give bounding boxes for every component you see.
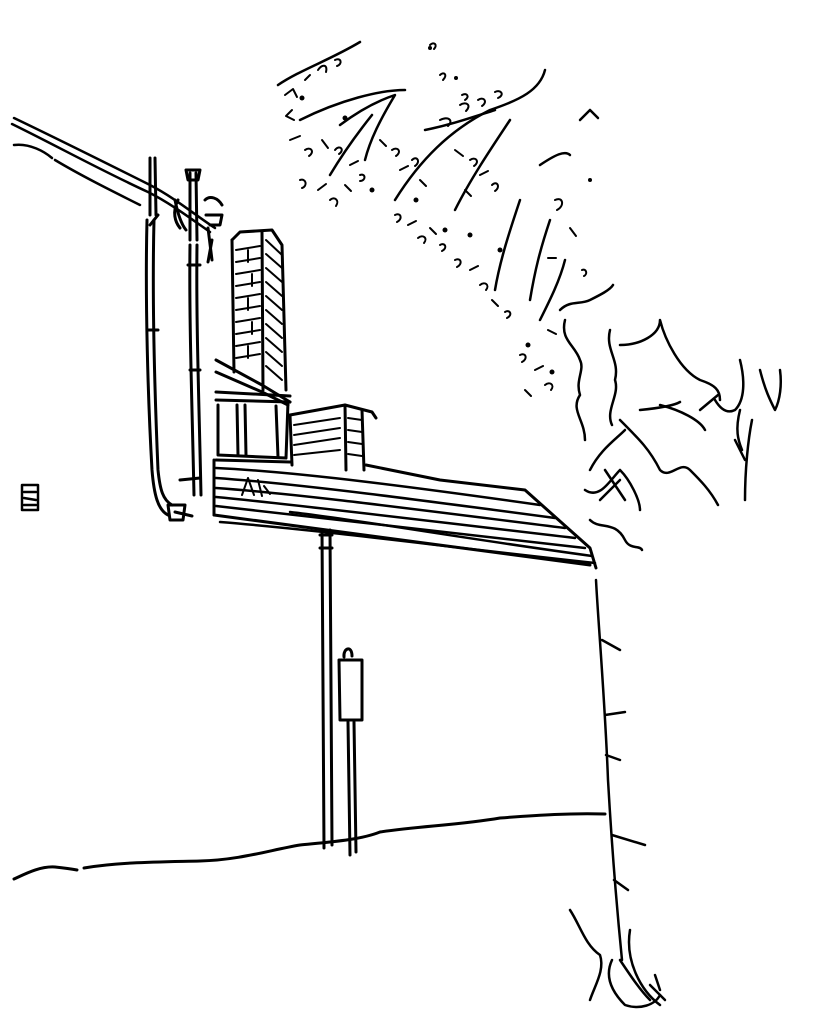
ink-sketch (0, 0, 822, 1024)
